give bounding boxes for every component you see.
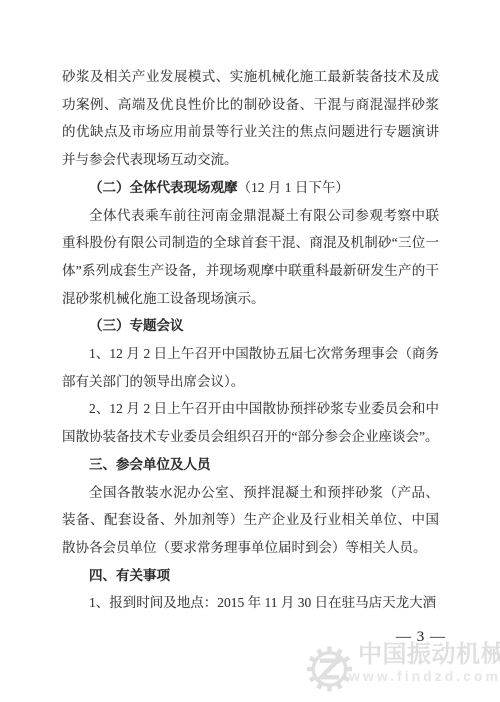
heading-text: （三）专题会议 [89, 318, 184, 333]
run-text: 1、报到时间及地点：2015 年 11 月 30 日在驻马店天龙大酒 [89, 595, 436, 610]
scanned-document-page: 砂浆及相关产业发展模式、实施机械化施工最新装备技术及成功案例、高端及优良性价比的… [0, 0, 500, 702]
body-paragraph: 2、12 月 2 日上午召开由中国散协预拌砂浆专业委员会和中国散协装备技术专业委… [62, 395, 439, 450]
body-paragraph: 砂浆及相关产业发展模式、实施机械化施工最新装备技术及成功案例、高端及优良性价比的… [62, 63, 439, 174]
document-body: 砂浆及相关产业发展模式、实施机械化施工最新装备技术及成功案例、高端及优良性价比的… [62, 63, 439, 617]
section-heading: 三、参会单位及人员 [62, 451, 439, 479]
body-paragraph: 1、报到时间及地点：2015 年 11 月 30 日在驻马店天龙大酒 [62, 589, 439, 617]
body-paragraph: 1、12 月 2 日上午召开中国散协五届七次常务理事会（商务部有关部门的领导出席… [62, 340, 439, 395]
page-number: — 3 — [396, 629, 446, 646]
run-text: 全国各散装水泥办公室、预拌混凝土和预拌砂浆（产品、装备、配套设备、外加剂等）生产… [62, 485, 439, 555]
heading-text: （二）全体代表现场观摩 [89, 180, 238, 195]
heading-text: 三、参会单位及人员 [89, 457, 211, 472]
heading-text: 四、有关事项 [89, 568, 170, 583]
watermark: 中国振动机械网 www.findzd.com [306, 641, 500, 699]
run-text: 砂浆及相关产业发展模式、实施机械化施工最新装备技术及成功案例、高端及优良性价比的… [62, 69, 439, 167]
gear-icon [306, 644, 353, 699]
run-text: （12 月 1 日下午） [238, 180, 349, 195]
run-text: 2、12 月 2 日上午召开由中国散协预拌砂浆专业委员会和中国散协装备技术专业委… [62, 401, 439, 444]
section-heading: 四、有关事项 [62, 562, 439, 590]
run-text: 全体代表乘车前往河南金鼎混凝土有限公司参观考察中联重科股份有限公司制造的全球首套… [62, 208, 439, 306]
watermark-url: www.findzd.com [349, 668, 500, 684]
body-paragraph: 全国各散装水泥办公室、预拌混凝土和预拌砂浆（产品、装备、配套设备、外加剂等）生产… [62, 479, 439, 562]
body-paragraph: 全体代表乘车前往河南金鼎混凝土有限公司参观考察中联重科股份有限公司制造的全球首套… [62, 202, 439, 313]
watermark-text: 中国振动机械网 www.findzd.com [358, 641, 500, 686]
run-text: 1、12 月 2 日上午召开中国散协五届七次常务理事会（商务部有关部门的领导出席… [62, 346, 439, 389]
section-heading: （二）全体代表现场观摩（12 月 1 日下午） [62, 174, 439, 202]
section-heading: （三）专题会议 [62, 312, 439, 340]
